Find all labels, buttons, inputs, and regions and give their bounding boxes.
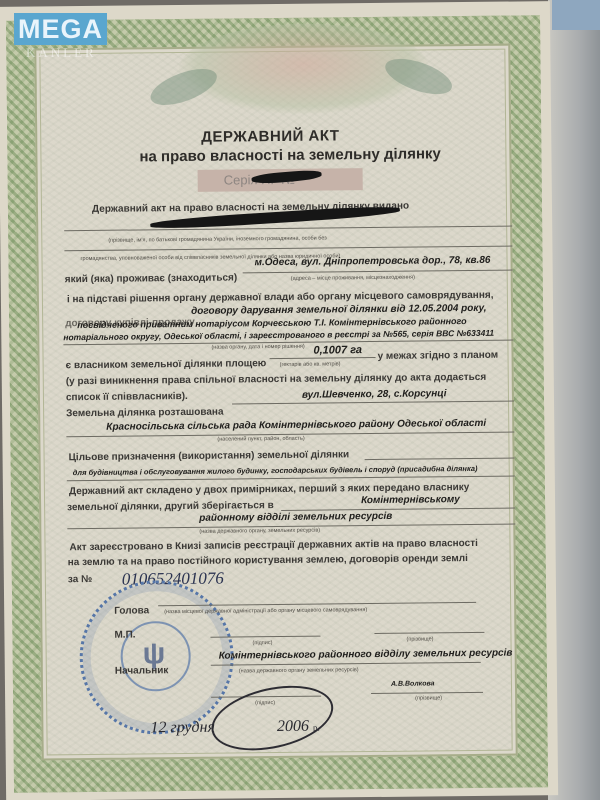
name-caption: (прізвище) bbox=[406, 636, 433, 642]
watermark-logo: MEGA bbox=[14, 13, 107, 45]
head-label: Голова bbox=[114, 605, 149, 616]
issue-date: 12 грудня 2006 р. bbox=[150, 718, 319, 738]
document-title: ДЕРЖАВНИЙ АКТ bbox=[201, 127, 339, 145]
area-value: 0,1007 га bbox=[313, 344, 362, 357]
area-caption: (гектарів або кв. метрів) bbox=[280, 361, 341, 368]
copies-line-2: земельної ділянки, другий зберігається в bbox=[67, 500, 274, 513]
joint-ownership-2: список її співвласників). bbox=[66, 391, 188, 403]
area-suffix: у межах згідно з планом bbox=[377, 350, 498, 362]
location-value-1: вул.Шевченко, 28, с.Корсунці bbox=[302, 388, 447, 401]
copies-caption: (назва державного органу, земельних ресу… bbox=[199, 528, 320, 535]
basis-caption: (назва органу, дата і номер рішення) bbox=[211, 344, 304, 351]
chief-name: А.В.Волкова bbox=[391, 680, 435, 687]
document-subtitle: на право власності на земельну ділянку bbox=[139, 145, 441, 165]
background-blue-corner bbox=[552, 0, 600, 30]
resides-caption: (адреса – місце проживання, місцезнаходж… bbox=[291, 275, 415, 282]
chief-label: Начальник bbox=[115, 665, 169, 677]
official-stamp: ψ bbox=[79, 579, 235, 735]
department-caption: (назва державного органу земельних ресур… bbox=[239, 667, 359, 674]
chief-name-caption: (прізвище) bbox=[415, 695, 442, 701]
resides-label: який (яка) проживає (знаходиться) bbox=[65, 272, 238, 285]
seal-label: М.П. bbox=[114, 630, 135, 641]
watermark-sub: KANLER bbox=[26, 45, 97, 61]
registered-prefix: за № bbox=[68, 574, 92, 585]
location-caption: (населений пункт, район, область) bbox=[217, 436, 304, 443]
location-label: Земельна ділянка розташована bbox=[66, 407, 223, 420]
copies-value-1: Комінтернівському bbox=[361, 494, 460, 506]
area-label: є власником земельної ділянки площею bbox=[66, 358, 267, 371]
state-act-document: ДЕРЖАВНИЙ АКТ на право власності на земе… bbox=[0, 1, 558, 800]
copies-value-2: районному відділі земельних ресурсів bbox=[199, 511, 392, 524]
sign-caption: (підпис) bbox=[253, 640, 273, 646]
